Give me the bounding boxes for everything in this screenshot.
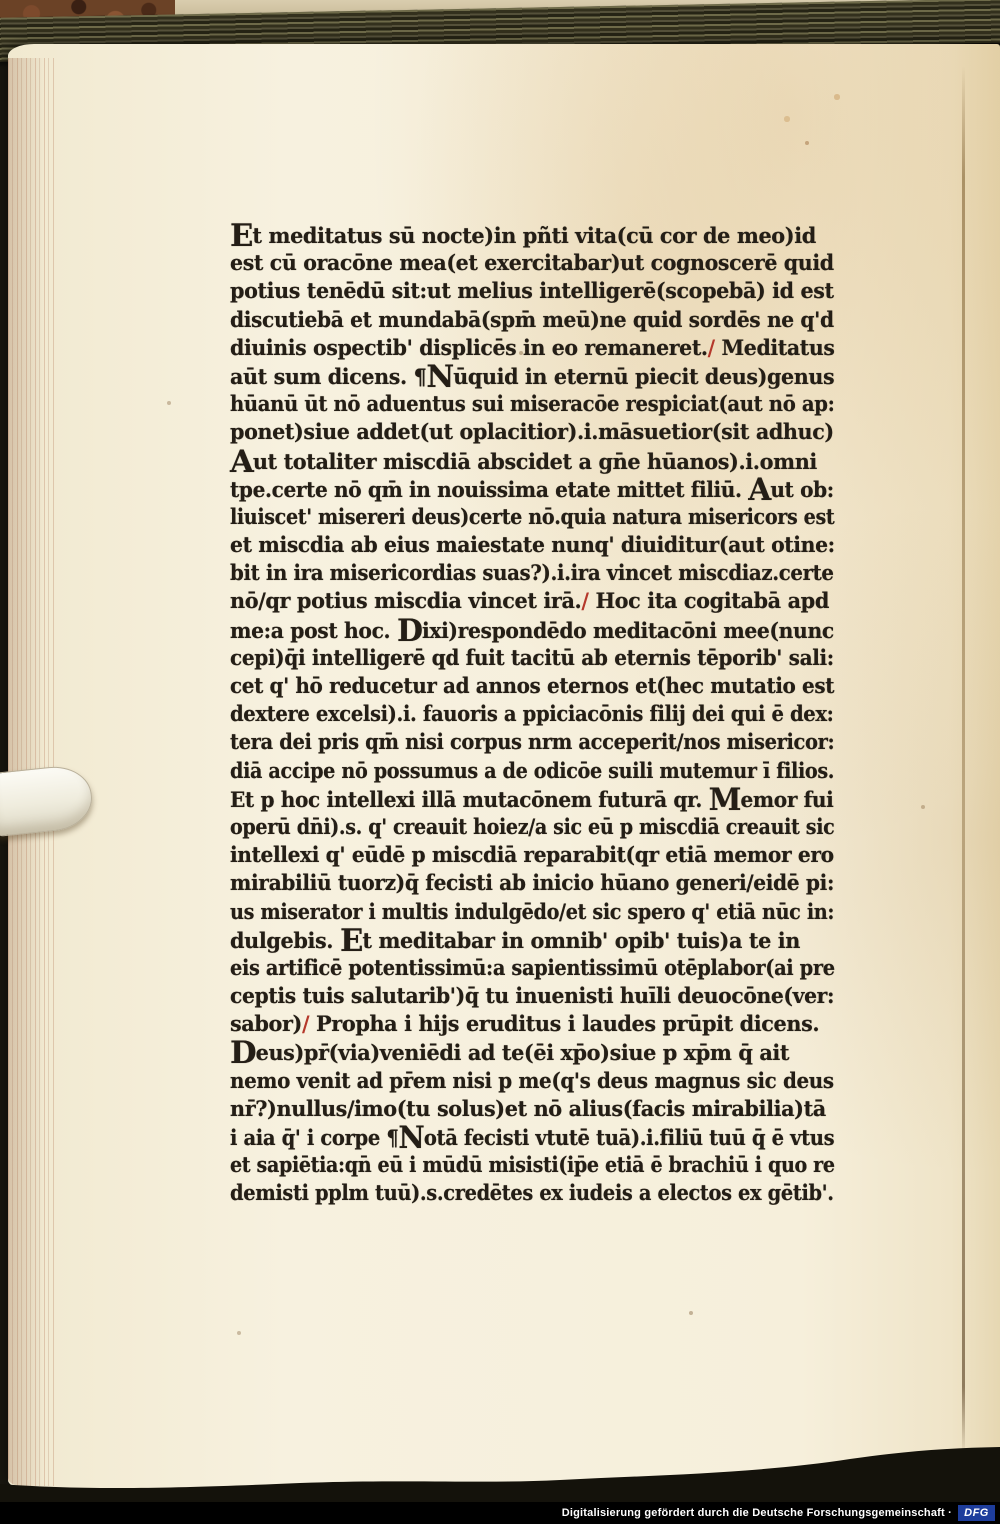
text-line: et sapiētia:qn̄ eū i mūdū misisti(ip̄e e… [230, 1151, 785, 1179]
text-line: ponet)siue addet(ut oplacitior).i.māsuet… [230, 418, 831, 446]
text-line: Et meditatus sū nocte)in pñti vita(cū co… [230, 221, 834, 249]
text-line: tpe.certe nō qm̄ in nouissima etate mitt… [230, 475, 814, 503]
text-line: nr̄?)nullus/imo(tu solus)et nō alius(fac… [230, 1095, 834, 1123]
text-line: mirabiliū tuorz)q̄ fecisti ab inicio hūa… [230, 869, 817, 897]
scanned-book-page: Et meditatus sū nocte)in pñti vita(cū co… [0, 0, 1000, 1524]
text-line: diā accipe nō possumus a de odicōe suili… [230, 757, 788, 785]
text-line: discutiebā et mundabā(spm̄ meū)ne quid s… [230, 306, 817, 334]
text-line: ceptis tuis salutarib')q̄ tu inuenisti h… [230, 982, 820, 1010]
text-line: est cū oracōne mea(et exercitabar)ut cog… [230, 249, 827, 277]
text-line: eis artificē potentissimū:a sapientissim… [230, 954, 794, 982]
gutter-fold [962, 66, 965, 1456]
text-line: me:a post hoc. Dixi)respondēdo meditacōn… [230, 616, 820, 644]
text-line: et miscdia ab eius maiestate nunq' diuid… [230, 531, 822, 559]
text-line: dulgebis. Et meditabar in omnib' opib' t… [230, 926, 834, 954]
text-block: Et meditatus sū nocte)in pñti vita(cū co… [230, 221, 840, 1208]
text-line: Deus)pr̄(via)veniēdi ad te(ēi xp̄o)siue … [230, 1038, 834, 1066]
text-line: sabor)/ Propha i hijs eruditus i laudes … [230, 1010, 834, 1038]
text-line: bit in ira misericordias suas?).i.ira vi… [230, 559, 805, 587]
dfg-logo: DFG [958, 1505, 995, 1521]
text-line: operū dn̄i).s. q' creauit hoiez/a sic eū… [230, 813, 786, 841]
text-line: cet q' hō reducetur ad annos eternos et(… [230, 672, 810, 700]
text-line: nemo venit ad pr̄em nisi p me(q's deus m… [230, 1067, 808, 1095]
text-line: hūanū ūt nō aduentus sui miseracōe respi… [230, 390, 800, 418]
text-line: dextere excelsi).i. fauoris a ppiciacōni… [230, 700, 799, 728]
text-line: intellexi q' eūdē p miscdiā reparabit(qr… [230, 841, 817, 869]
text-line: cepi)q̄i intelligerē qd fuit tacitū ab e… [230, 644, 814, 672]
text-line: nō/qr potius miscdia vincet irā./ Hoc it… [230, 587, 834, 615]
text-line: demisti pplm tuū).s.credētes ex iudeis a… [230, 1179, 794, 1207]
text-line: liuiscet' misereri deus)certe nō.quia na… [230, 503, 786, 531]
page-bottom-shadow [0, 1440, 1000, 1504]
text-line: Et p hoc intellexi illā mutacōnem futurā… [230, 785, 814, 813]
credit-text: Digitalisierung gefördert durch die Deut… [562, 1507, 952, 1519]
text-line: tera dei pris qm̄ nisi corpus nrm accepe… [230, 728, 796, 756]
text-line: diuinis ospectib' displicēs in eo remane… [230, 334, 825, 362]
foxing-spots [0, 0, 2, 2]
text-line: aūt sum dicens. ¶Nūquid in eternū piecit… [230, 362, 830, 390]
text-line: potius tenēdū sit:ut melius intelligerē(… [230, 277, 831, 305]
footer-credit-bar: Digitalisierung gefördert durch die Deut… [0, 1502, 1000, 1524]
text-line: Aut totaliter miscdiā abscidet a gn̄e hū… [230, 447, 834, 475]
text-line: i aia q̄' i corpe ¶Notā fecisti vtutē tu… [230, 1123, 798, 1151]
text-line: us miserator i multis indulgēdo/et sic s… [230, 898, 788, 926]
